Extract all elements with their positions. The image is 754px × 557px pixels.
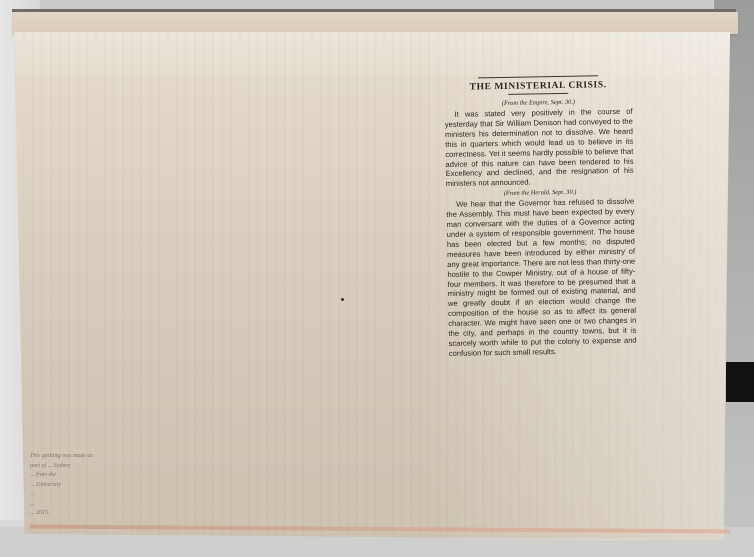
dark-doorway: [726, 362, 754, 402]
stitch-mark: [341, 298, 344, 301]
wooden-batten: [12, 12, 738, 34]
handwritten-note: This quilting was made as part of ... Sy…: [30, 452, 120, 519]
paragraph-2: We hear that the Governor has refused to…: [446, 197, 637, 359]
note-line: ...: [30, 490, 120, 500]
note-line: ... University: [30, 481, 120, 491]
note-line: ... from the: [30, 471, 120, 481]
note-line: part of ... Sydney: [30, 462, 120, 472]
title-underline: [508, 93, 568, 95]
article-title: THE MINISTERIAL CRISIS.: [444, 80, 632, 93]
paragraph-1: It was stated very positively in the cou…: [445, 107, 634, 190]
note-line: ...: [30, 500, 120, 510]
note-line: This quilting was made as: [30, 452, 120, 462]
note-line: ... 2015.: [30, 509, 120, 519]
newspaper-article: THE MINISTERIAL CRISIS. (From the Empire…: [444, 75, 637, 359]
